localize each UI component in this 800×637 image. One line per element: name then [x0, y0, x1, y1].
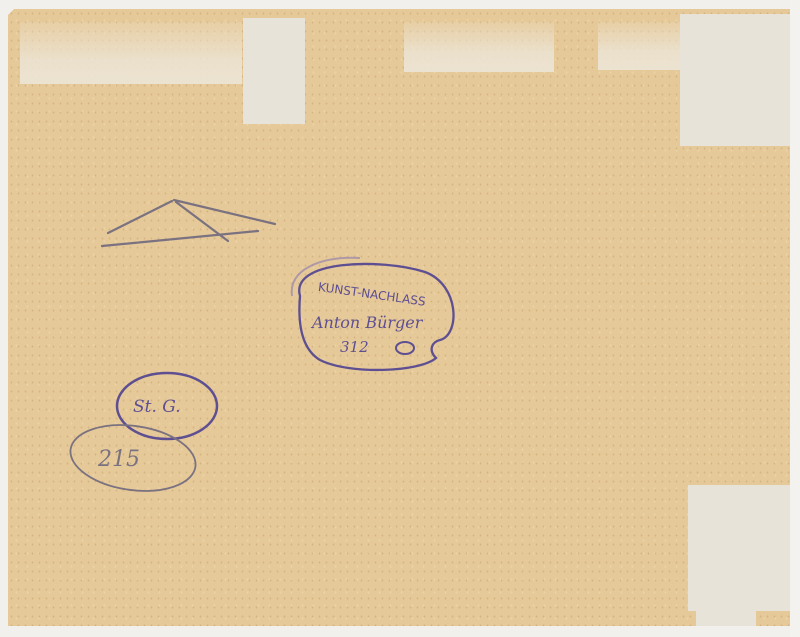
- pencil-sketch: [102, 200, 275, 246]
- estate-stamp: KUNST-NACHLASS Anton Bürger 312: [292, 258, 454, 370]
- collector-stamp-text: St. G.: [133, 397, 181, 417]
- pencil-number-text: 215: [97, 447, 140, 472]
- estate-stamp-number: 312: [340, 338, 369, 356]
- collector-stamp: St. G.: [117, 373, 217, 439]
- estate-stamp-line1: KUNST-NACHLASS: [317, 280, 426, 309]
- markings-layer: KUNST-NACHLASS Anton Bürger 312 St. G. 2…: [0, 0, 800, 637]
- estate-stamp-line2: Anton Bürger: [310, 313, 424, 332]
